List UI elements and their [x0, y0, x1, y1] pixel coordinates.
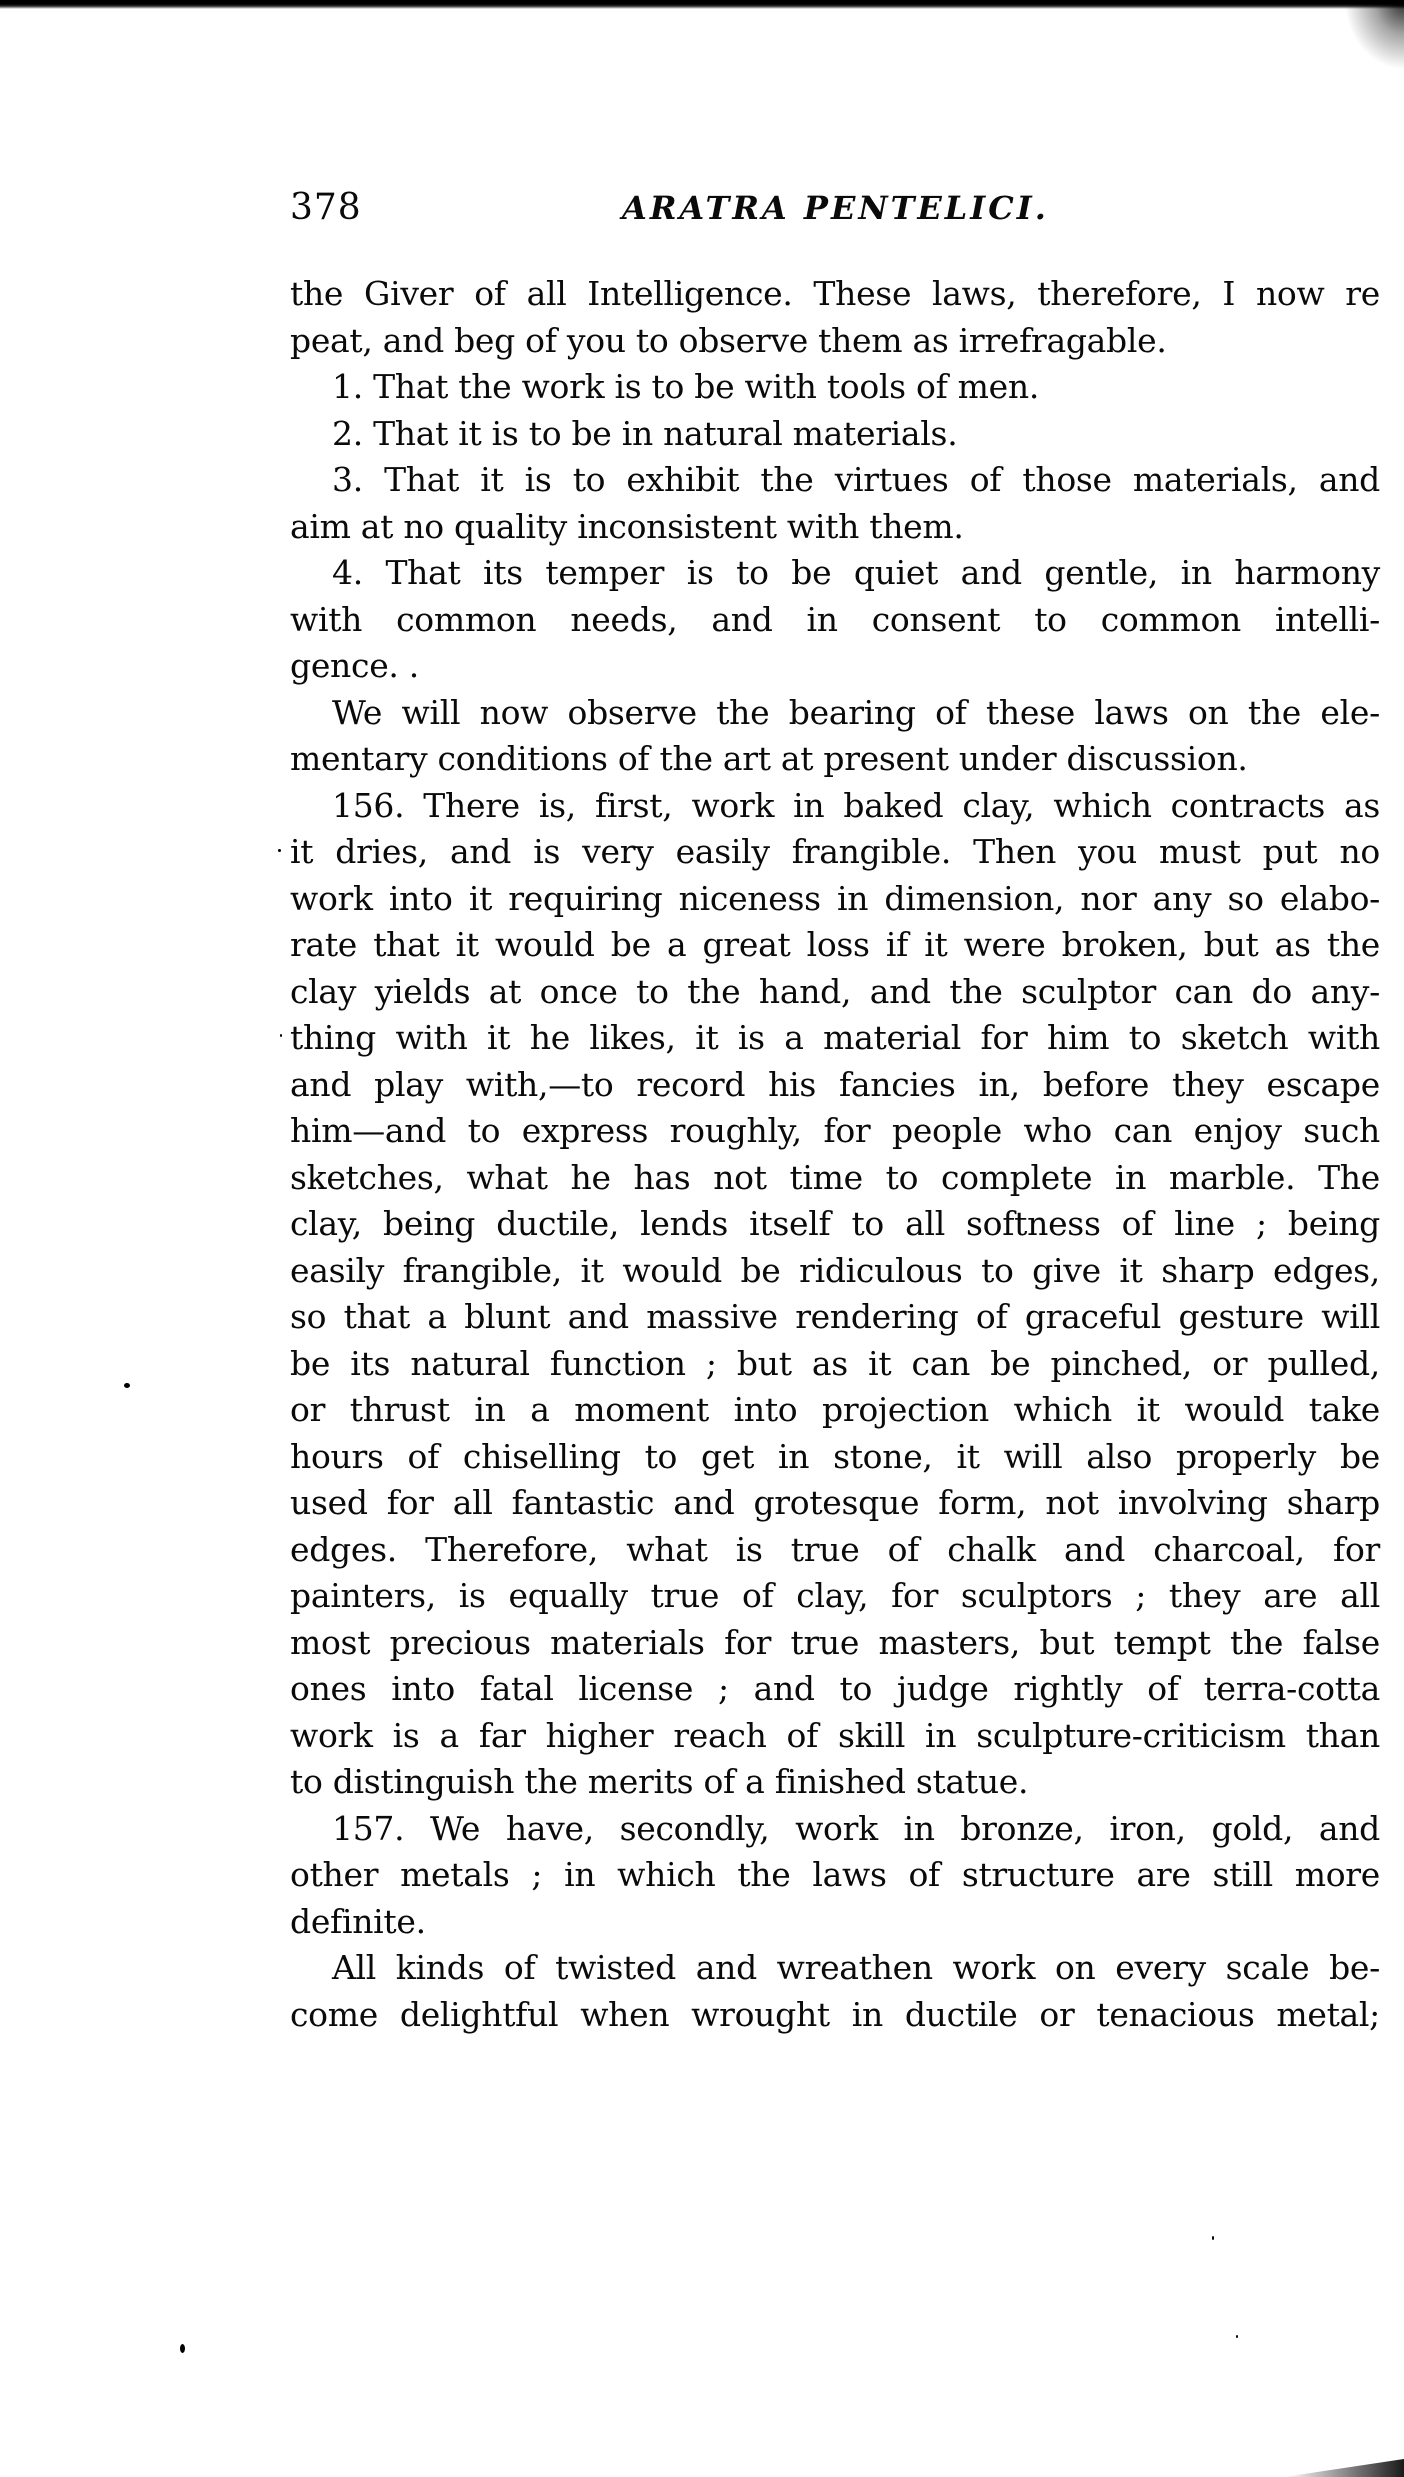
scan-corner-shadow: [1344, 0, 1404, 70]
text-line: rate that it would be a great loss if it…: [290, 922, 1380, 969]
text-line: clay, being ductile, lends itself to all…: [290, 1201, 1380, 1248]
scan-speck: [1236, 2335, 1238, 2338]
body-text: the Giver of all Intelligence. These law…: [290, 271, 1380, 2038]
scan-top-edge: [0, 0, 1404, 9]
text-line: definite.: [290, 1899, 1380, 1946]
text-line: used for all fantastic and grotesque for…: [290, 1480, 1380, 1527]
text-line: to distinguish the merits of a finished …: [290, 1759, 1380, 1806]
text-line: aim at no quality inconsistent with them…: [290, 504, 1380, 551]
text-line: and play with,—to record his fancies in,…: [290, 1062, 1380, 1109]
text-line: easily frangible, it would be ridiculous…: [290, 1248, 1380, 1295]
text-line: All kinds of twisted and wreathen work o…: [290, 1945, 1380, 1992]
text-line: clay yields at once to the hand, and the…: [290, 969, 1380, 1016]
text-line: peat, and beg of you to observe them as …: [290, 318, 1380, 365]
text-line: him—and to express roughly, for people w…: [290, 1108, 1380, 1155]
text-line: work into it requiring niceness in dimen…: [290, 876, 1380, 923]
text-line: 4. That its temper is to be quiet and ge…: [290, 550, 1380, 597]
text-line: it dries, and is very easily frangible. …: [290, 829, 1380, 876]
scan-speck: [278, 849, 281, 852]
text-line: most precious materials for true masters…: [290, 1620, 1380, 1667]
text-line: sketches, what he has not time to comple…: [290, 1155, 1380, 1202]
text-line: ones into fatal license ; and to judge r…: [290, 1666, 1380, 1713]
text-line: painters, is equally true of clay, for s…: [290, 1573, 1380, 1620]
scan-speck: [180, 2344, 185, 2353]
text-line: work is a far higher reach of skill in s…: [290, 1713, 1380, 1760]
text-line: or thrust in a moment into projection wh…: [290, 1387, 1380, 1434]
text-line: 3. That it is to exhibit the virtues of …: [290, 457, 1380, 504]
scan-speck: [1212, 2236, 1214, 2240]
text-line: 2. That it is to be in natural materials…: [290, 411, 1380, 458]
text-line: with common needs, and in consent to com…: [290, 597, 1380, 644]
text-line: edges. Therefore, what is true of chalk …: [290, 1527, 1380, 1574]
text-line: hours of chiselling to get in stone, it …: [290, 1434, 1380, 1481]
text-line: so that a blunt and massive rendering of…: [290, 1294, 1380, 1341]
text-line: the Giver of all Intelligence. These law…: [290, 271, 1380, 318]
page-number: 378: [290, 186, 362, 230]
text-line: 157. We have, secondly, work in bronze, …: [290, 1806, 1380, 1853]
text-line: be its natural function ; but as it can …: [290, 1341, 1380, 1388]
text-line: We will now observe the bearing of these…: [290, 690, 1380, 737]
scan-bottom-corner-shadow: [1284, 2459, 1404, 2477]
text-line: come delightful when wrought in ductile …: [290, 1992, 1380, 2039]
text-line: gence. .: [290, 643, 1380, 690]
scan-speck: [280, 1034, 282, 1037]
text-line: 156. There is, first, work in baked clay…: [290, 783, 1380, 830]
text-line: other metals ; in which the laws of stru…: [290, 1852, 1380, 1899]
text-line: mentary conditions of the art at present…: [290, 736, 1380, 783]
text-line: thing with it he likes, it is a material…: [290, 1015, 1380, 1062]
text-line: 1. That the work is to be with tools of …: [290, 364, 1380, 411]
scan-speck: [124, 1383, 130, 1388]
running-head: 378 ARATRA PENTELICI.: [290, 186, 1380, 230]
running-title: ARATRA PENTELICI.: [622, 186, 1049, 230]
